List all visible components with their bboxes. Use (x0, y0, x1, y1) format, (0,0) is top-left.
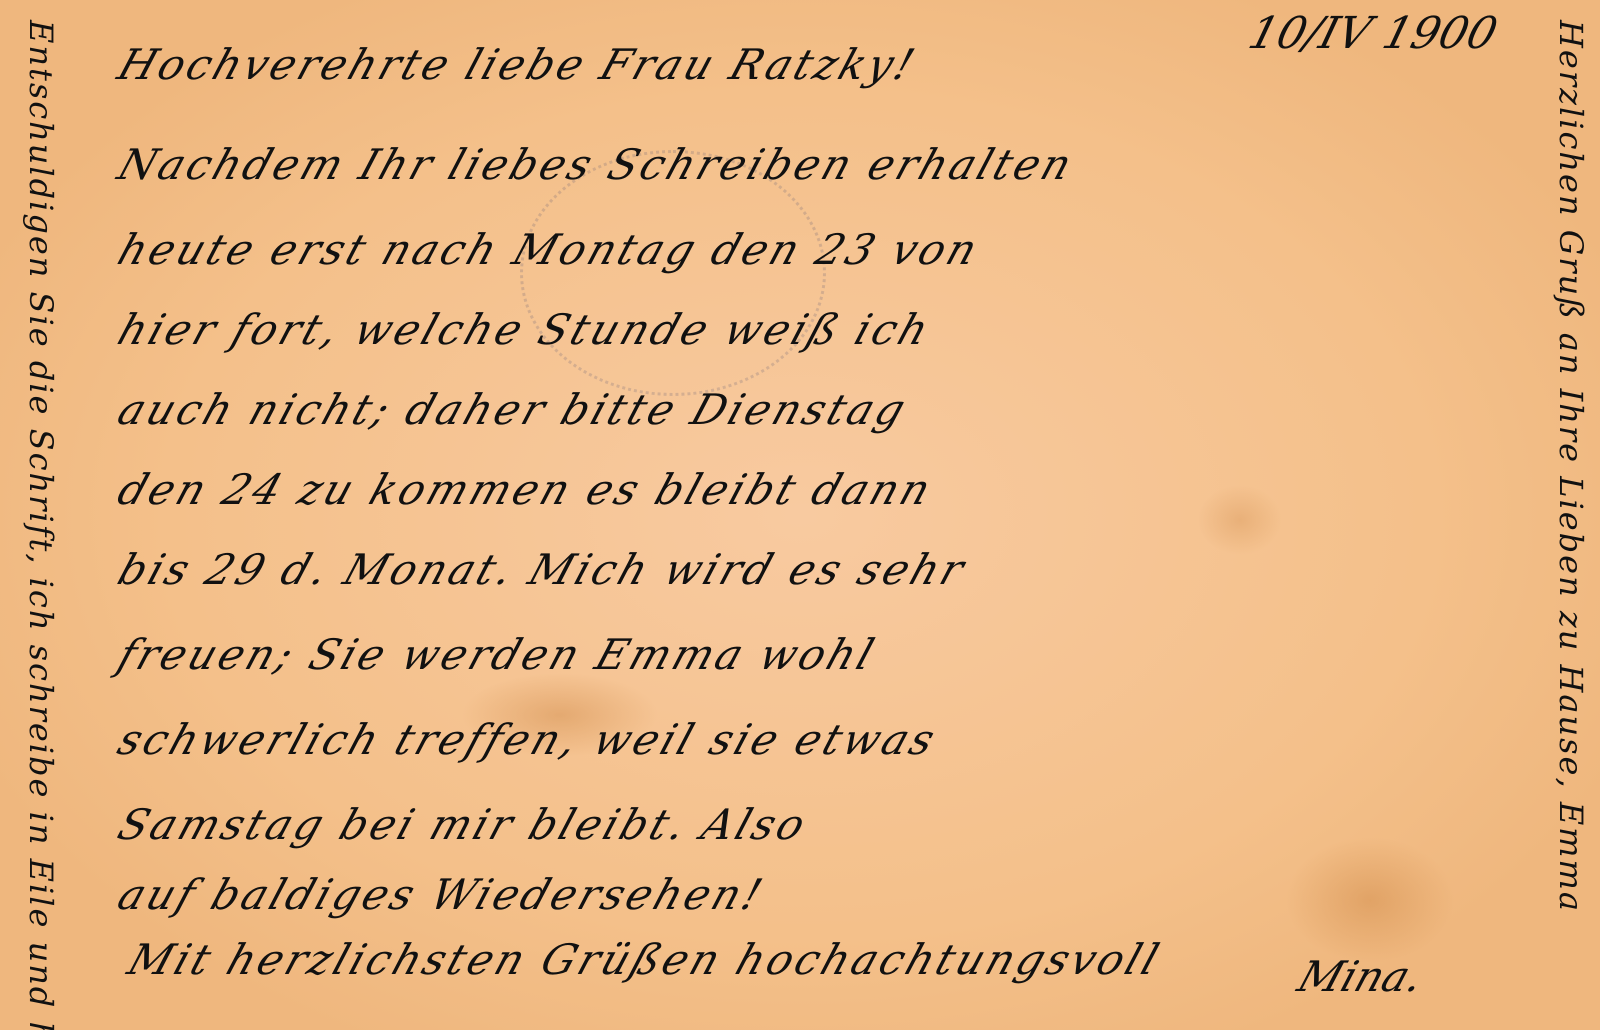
body-line: freuen; Sie werden Emma wohl (112, 630, 883, 679)
body-line: hier fort, welche Stunde weiß ich (112, 305, 938, 354)
body-line: Nachdem Ihr liebes Schreiben erhalten (112, 140, 1081, 189)
body-line: den 24 zu kommen es bleibt dann (112, 465, 940, 514)
closing-line: Mit herzlichsten Grüßen hochachtungsvoll (122, 935, 1168, 984)
salutation: Hochverehrte liebe Frau Ratzky! (112, 40, 923, 89)
right-margin-note: Herzlichen Gruß an Ihre Lieben zu Hause,… (1552, 20, 1590, 1020)
body-line: bis 29 d. Monat. Mich wird es sehr (112, 545, 973, 594)
body-line: schwerlich treffen, weil sie etwas (112, 715, 944, 764)
body-line: Samstag bei mir bleibt. Also (112, 800, 814, 849)
signature: Mina. (1292, 952, 1430, 1001)
body-line: heute erst nach Montag den 23 von (112, 225, 986, 274)
body-line: auf baldiges Wiedersehen! (112, 870, 771, 919)
left-margin-note: Entschuldigen Sie die Schrift, ich schre… (22, 20, 60, 970)
letter-date: 10/IV 1900 (1243, 8, 1503, 59)
body-line: auch nicht; daher bitte Dienstag (112, 385, 914, 434)
